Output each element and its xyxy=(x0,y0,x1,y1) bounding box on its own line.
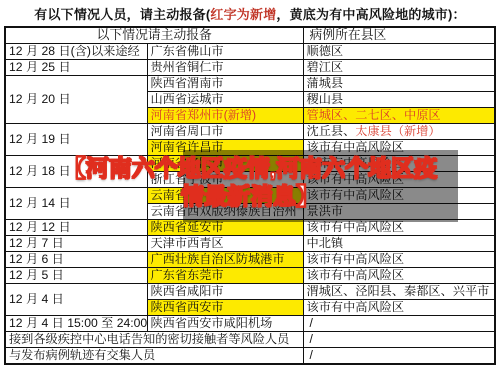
date-cell: 12 月 5 日 xyxy=(5,268,147,284)
county-cell: 沈丘县、太康县（新增） xyxy=(303,124,495,140)
watermark-line1: 【河南六个地区疫情,河南六个地区疫 xyxy=(30,154,470,182)
county-cell-new: 管城区、二七区、中原区 xyxy=(303,108,495,124)
table-row: 接到各级疾控中心电话告知的密切接触者等风险人员 / xyxy=(5,332,495,348)
date-cell: 12 月 4 日 15:00 至 24:00 xyxy=(5,316,147,332)
city-cell: 贵州省铜仁市 xyxy=(147,60,303,76)
city-cell: 山西省运城市 xyxy=(147,92,303,108)
city-cell-highlighted: 广东省东莞市 xyxy=(147,268,303,284)
county-cell: / xyxy=(303,348,495,365)
situation-cell: 接到各级疾控中心电话告知的密切接触者等风险人员 xyxy=(5,332,303,348)
city-cell: 陕西省咸阳市 xyxy=(147,284,303,300)
city-cell: 广东省佛山市 xyxy=(147,44,303,60)
county-cell: 该市有中高风险区 xyxy=(303,268,495,284)
county-cell: 蒲城县 xyxy=(303,76,495,92)
county-cell: / xyxy=(303,316,495,332)
page-title: 有以下情况人员，请主动报备(红字为新增，黄底为有中高风险地的城市)： xyxy=(0,4,500,23)
county-cell: 碧江区 xyxy=(303,60,495,76)
date-cell: 12 月 28 日(含)以来途经 xyxy=(5,44,147,60)
county-cell: 顺德区 xyxy=(303,44,495,60)
page-title-red-note: 红字为新增 xyxy=(210,7,276,22)
county-cell: / xyxy=(303,332,495,348)
city-cell-new: 河南省郑州市(新增) xyxy=(147,108,303,124)
city-cell-highlighted: 陕西省西安市 xyxy=(147,300,303,316)
city-cell: 陕西省西安市咸阳机场 xyxy=(147,316,303,332)
date-cell: 12 月 25 日 xyxy=(5,60,147,76)
city-cell-highlighted: 广西壮族自治区防城港市 xyxy=(147,252,303,268)
city-cell: 陕西省渭南市 xyxy=(147,76,303,92)
county-cell: 渭城区、泾阳县、秦都区、兴平市 xyxy=(303,284,495,300)
table-row: 12 月 5 日 广东省东莞市 该市有中高风险区 xyxy=(5,268,495,284)
table-row: 12 月 19 日 河南省周口市 沈丘县、太康县（新增） xyxy=(5,124,495,140)
table-header-row: 以下情况请主动报备 病例所在县区 xyxy=(5,27,495,44)
date-cell: 12 月 12 日 xyxy=(5,220,147,236)
city-cell: 河南省周口市 xyxy=(147,124,303,140)
table-row: 12 月 25 日 贵州省铜仁市 碧江区 xyxy=(5,60,495,76)
date-cell: 12 月 6 日 xyxy=(5,252,147,268)
date-cell: 12 月 20 日 xyxy=(5,76,147,124)
city-cell: 天津市西青区 xyxy=(147,236,303,252)
county-cell: 该市有中高风险区 xyxy=(303,300,495,316)
header-report-col: 以下情况请主动报备 xyxy=(5,27,303,44)
table-row: 12 月 4 日 陕西省咸阳市 渭城区、泾阳县、秦都区、兴平市 xyxy=(5,284,495,300)
date-cell: 12 月 7 日 xyxy=(5,236,147,252)
table-row: 与发布病例轨迹有交集人员 / xyxy=(5,348,495,365)
page-title-part1: 有以下情况人员，请主动报备( xyxy=(34,7,210,22)
watermark-line2: 情最新消息】 xyxy=(30,182,470,210)
date-cell: 12 月 19 日 xyxy=(5,124,147,156)
table-row: 12 月 7 日 天津市西青区 中北镇 xyxy=(5,236,495,252)
table-row: 12 月 4 日 15:00 至 24:00 陕西省西安市咸阳机场 / xyxy=(5,316,495,332)
table-row: 12 月 28 日(含)以来途经 广东省佛山市 顺德区 xyxy=(5,44,495,60)
watermark-title: 【河南六个地区疫情,河南六个地区疫 情最新消息】 xyxy=(30,154,470,210)
county-new-red: 太康县（新增） xyxy=(355,124,440,138)
county-cell: 该市有中高风险区 xyxy=(303,252,495,268)
date-cell: 12 月 4 日 xyxy=(5,284,147,316)
county-cell: 稷山县 xyxy=(303,92,495,108)
county-existing: 沈丘县、 xyxy=(307,124,356,138)
header-county-col: 病例所在县区 xyxy=(303,27,495,44)
page-title-part3: ，黄底为有中高风险地的城市)： xyxy=(276,7,465,22)
table-row: 12 月 6 日 广西壮族自治区防城港市 该市有中高风险区 xyxy=(5,252,495,268)
county-cell: 中北镇 xyxy=(303,236,495,252)
table-row: 12 月 20 日 陕西省渭南市 蒲城县 xyxy=(5,76,495,92)
situation-cell: 与发布病例轨迹有交集人员 xyxy=(5,348,303,365)
